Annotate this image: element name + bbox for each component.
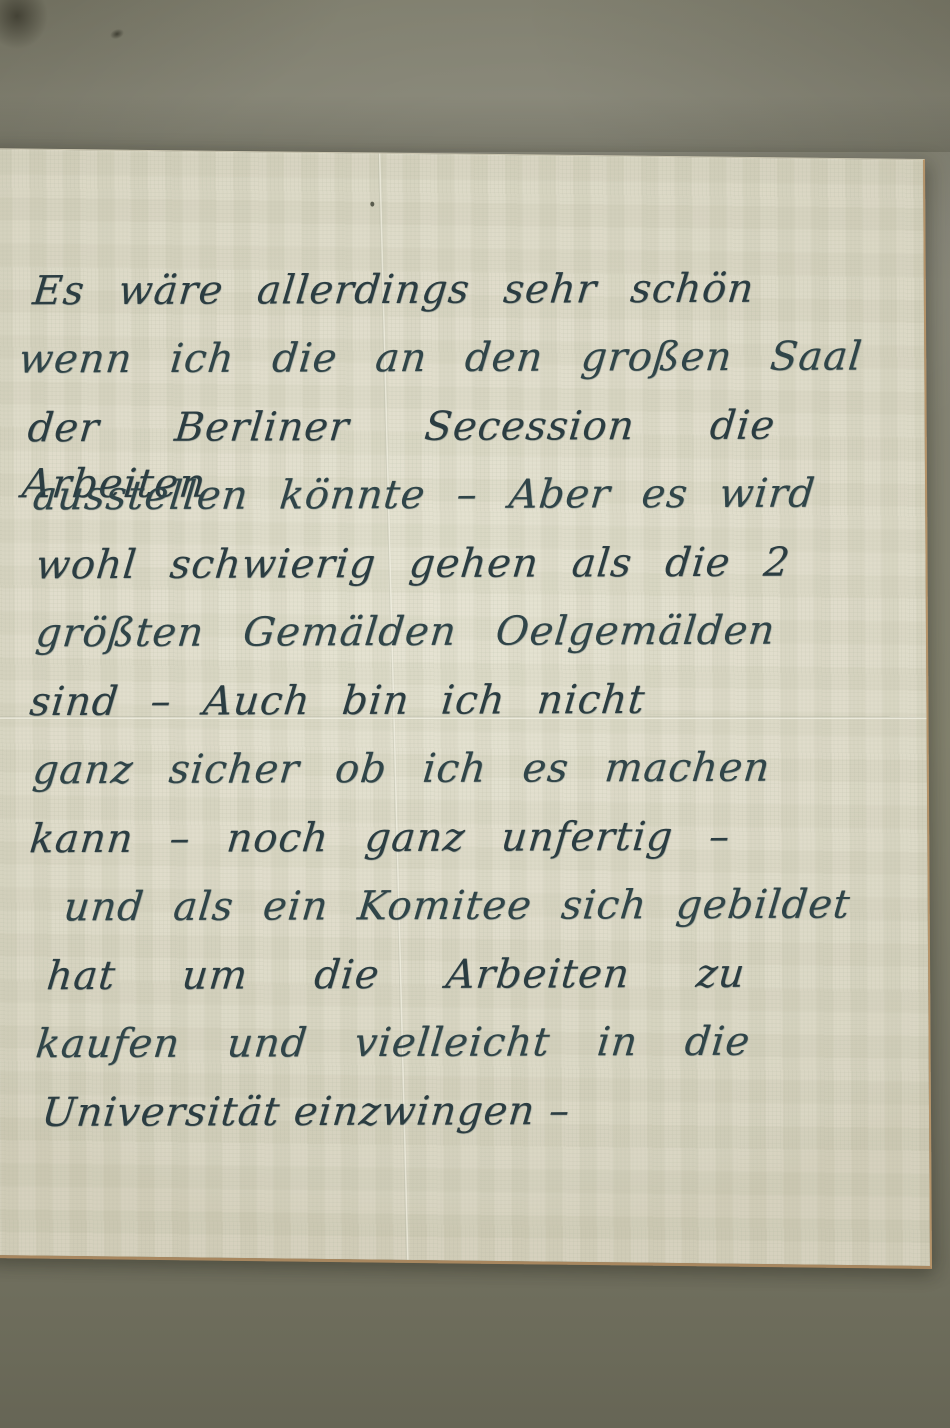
handwritten-line: hat um die Arbeiten zu	[44, 946, 748, 1006]
handwritten-line: Universität einzwingen –	[39, 1083, 573, 1143]
handwritten-line: Es wäre allerdings sehr schön	[30, 261, 757, 322]
handwritten-line: kaufen und vielleicht in die	[33, 1014, 753, 1074]
handwritten-line: größten Gemälden Oelgemälden	[33, 603, 778, 664]
handwritten-line: wohl schwierig gehen als die 2	[33, 535, 793, 596]
handwritten-line: und als ein Komitee sich gebildet	[61, 877, 853, 938]
handwritten-line: der Berliner Secession die Arbeiten	[25, 398, 778, 459]
handwritten-line: ausstellen könnte – Aber es wird	[30, 466, 818, 527]
handwritten-line: wenn ich die an den großen Saal	[16, 329, 865, 390]
handwritten-line: kann – noch ganz unfertig –	[27, 809, 733, 869]
handwritten-line: sind – Auch bin ich nicht	[27, 672, 648, 732]
handwriting-layer: Es wäre allerdings sehr schön wenn ich d…	[0, 0, 950, 1428]
handwritten-line: ganz sicher ob ich es machen	[30, 740, 773, 801]
